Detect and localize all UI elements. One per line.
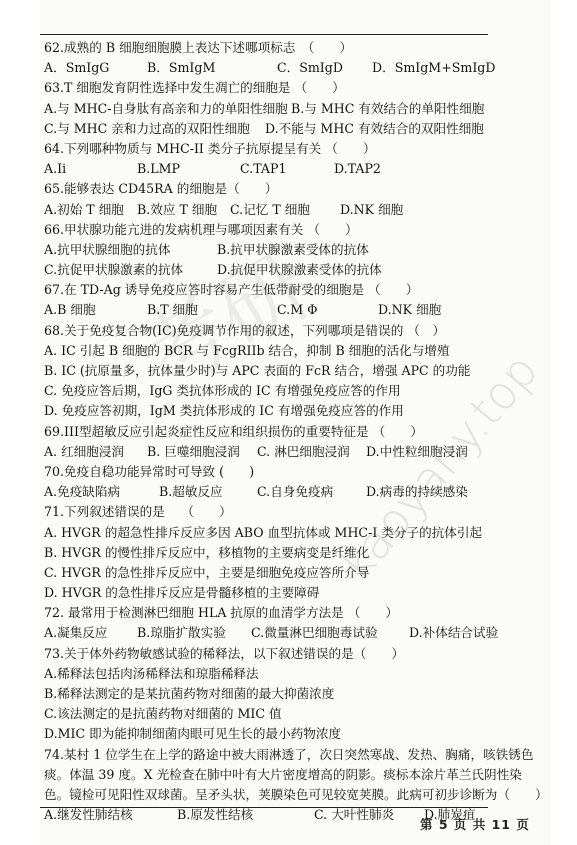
- question-74-stem-line-2: 痰。体温 39 度。X 光检查在肺中叶有大片密度增高的阴影。痰标本涂片革兰氏阴性…: [44, 765, 504, 785]
- option-b: B.效应 T 细胞: [137, 200, 217, 220]
- question-68-stem: 68.关于免疫复合物(IC)免疫调节作用的叙述，下列哪项是错误的 （ ）: [44, 321, 504, 341]
- option-a: A.继发性肺结核: [44, 805, 133, 825]
- option-a: A.抗甲状腺细胞的抗体: [44, 240, 170, 260]
- option-c: C. 大叶性肺炎: [314, 805, 394, 825]
- top-rule: [40, 34, 488, 35]
- option-c: C.微量淋巴细胞毒试验: [251, 623, 378, 643]
- question-66-stem: 66.甲状腺功能亢进的发病机理与哪项因素有关 （ ）: [44, 220, 504, 240]
- option-c: C.TAP1: [240, 159, 286, 179]
- option-a: A．SmIgG: [44, 58, 109, 78]
- option-d: D.NK 细胞: [378, 300, 441, 320]
- option-d: D.MIC 即为能抑制细菌肉眼可见生长的最小药物浓度: [44, 724, 504, 744]
- option-c: C.M Φ: [277, 300, 317, 320]
- question-62-stem: 62.成熟的 B 细胞细胞膜上表达下述哪项标志 （ ）: [44, 38, 504, 58]
- option-a: A. 红细胞浸润: [44, 442, 124, 462]
- page-number: 第 5 页 共 11 页: [420, 815, 530, 833]
- question-69-stem: 69.III型超敏反应引起炎症性反应和组织损伤的重要特征是 （ ）: [44, 422, 504, 442]
- option-c: C. 淋巴细胞浸润: [257, 442, 350, 462]
- option-d: D．SmIgM+SmIgD: [372, 58, 495, 78]
- question-63-options-cd: C.与 MHC 亲和力过高的双阳性细胞 D.不能与 MHC 有效结合的双阳性细胞: [44, 119, 504, 139]
- option-a: A.稀释法包括肉汤稀释法和琼脂稀释法: [44, 664, 504, 684]
- option-c: C.记忆 T 细胞: [230, 200, 310, 220]
- option-d: D.中性粒细胞浸润: [366, 442, 468, 462]
- question-74-stem-line-3: 色。镜检可见阳性双球菌。呈矛头状，荚膜染色可见较宽荚膜。此病可初步诊断为（ ）: [44, 785, 504, 805]
- option-c: C. 免疫应答后期，IgG 类抗体形成的 IC 有增强免疫应答的作用: [44, 381, 504, 401]
- option-b: B. IC (抗原量多，抗体量少时)与 APC 表面的 FcR 结合，增强 AP…: [44, 361, 504, 381]
- question-66-options-cd: C.抗促甲状腺激素的抗体 D.抗促甲状腺激素受体的抗体: [44, 260, 504, 280]
- option-c: C.抗促甲状腺激素的抗体: [44, 260, 183, 280]
- option-a: A.免疫缺陷病: [44, 482, 120, 502]
- question-67-options: A.B 细胞 B.T 细胞 C.M Φ D.NK 细胞: [44, 300, 504, 320]
- option-d: D. HVGR 的急性排斥反应是骨髓移植的主要障碍: [44, 583, 504, 603]
- option-c: C.该法测定的是抗菌药物对细菌的 MIC 值: [44, 704, 504, 724]
- option-d: D.补体结合试验: [409, 623, 498, 643]
- option-b: B. HVGR 的慢性排斥反应中，移植物的主要病变是纤维化: [44, 543, 504, 563]
- question-62-options: A．SmIgG B．SmIgM C．SmIgD D．SmIgM+SmIgD: [44, 58, 504, 78]
- question-73-stem: 73.关于体外药物敏感试验的稀释法，以下叙述错误的是（ ）: [44, 644, 504, 664]
- question-69-options: A. 红细胞浸润 B. 巨噬细胞浸润 C. 淋巴细胞浸润 D.中性粒细胞浸润: [44, 442, 504, 462]
- option-b: B.抗甲状腺激素受体的抗体: [217, 240, 369, 260]
- option-a: A.凝集反应: [44, 623, 107, 643]
- option-b: B.LMP: [137, 159, 180, 179]
- question-70-options: A.免疫缺陷病 B.超敏反应 C.自身免疫病 D.病毒的持续感染: [44, 482, 504, 502]
- option-d: D.不能与 MHC 有效结合的双阳性细胞: [265, 119, 484, 139]
- option-b: B.稀释法测定的是某抗菌药物对细菌的最大抑菌浓度: [44, 684, 504, 704]
- option-a: A. IC 引起 B 细胞的 BCR 与 FcgRIIb 结合，抑制 B 细胞的…: [44, 341, 504, 361]
- question-67-stem: 67.在 TD-Ag 诱导免疫应答时容易产生低带耐受的细胞是 （ ）: [44, 280, 504, 300]
- option-b: B.T 细胞: [147, 300, 198, 320]
- question-70-stem: 70.免疫自稳功能异常时可导致 ( ): [44, 462, 504, 482]
- option-b: B.原发性结核: [177, 805, 253, 825]
- option-c: C．SmIgD: [277, 58, 343, 78]
- option-b: B.超敏反应: [159, 482, 223, 502]
- option-b: B. 巨噬细胞浸润: [147, 442, 240, 462]
- question-list: 62.成熟的 B 细胞细胞膜上表达下述哪项标志 （ ） A．SmIgG B．Sm…: [44, 38, 504, 825]
- question-71-stem: 71.下列叙述错误的是 （ ）: [44, 502, 504, 522]
- option-d: D.抗促甲状腺激素受体的抗体: [217, 260, 382, 280]
- option-d: D.TAP2: [334, 159, 381, 179]
- option-a: A.B 细胞: [44, 300, 96, 320]
- option-d: D.病毒的持续感染: [366, 482, 468, 502]
- option-c: C.自身免疫病: [257, 482, 333, 502]
- option-d: D. 免疫应答初期，IgM 类抗体形成的 IC 有增强免疫应答的作用: [44, 401, 504, 421]
- question-65-options: A.初始 T 细胞 B.效应 T 细胞 C.记忆 T 细胞 D.NK 细胞: [44, 200, 504, 220]
- question-64-stem: 64.下列哪种物质与 MHC-II 类分子抗原提呈有关 （ ）: [44, 139, 504, 159]
- question-72-options: A.凝集反应 B.琼脂扩散实验 C.微量淋巴细胞毒试验 D.补体结合试验: [44, 623, 504, 643]
- option-b: B.与 MHC 有效结合的单阳性细胞: [291, 99, 484, 119]
- option-d: D.NK 细胞: [340, 200, 403, 220]
- question-72-stem: 72. 最常用于检测淋巴细胞 HLA 抗原的血清学方法是 （ ）: [44, 603, 504, 623]
- option-a: A.与 MHC-自身肽有高亲和力的单阳性细胞: [44, 99, 288, 119]
- option-b: B.琼脂扩散实验: [137, 623, 226, 643]
- question-64-options: A.Ii B.LMP C.TAP1 D.TAP2: [44, 159, 504, 179]
- question-66-options-ab: A.抗甲状腺细胞的抗体 B.抗甲状腺激素受体的抗体: [44, 240, 504, 260]
- option-a: A.Ii: [44, 159, 66, 179]
- option-a: A.初始 T 细胞: [44, 200, 124, 220]
- option-c: C.与 MHC 亲和力过高的双阳性细胞: [44, 119, 250, 139]
- question-63-stem: 63.T 细胞发育阴性选择中发生凋亡的细胞是 （ ）: [44, 78, 504, 98]
- question-74-stem-line-1: 74.某村 1 位学生在上学的路途中被大雨淋透了，次日突然寒战、发热、胸痛，咳铁…: [44, 745, 504, 765]
- option-c: C. HVGR 的急性排斥反应中，主要是细胞免疫应答所介导: [44, 563, 504, 583]
- question-65-stem: 65.能够表达 CD45RA 的细胞是（ ）: [44, 179, 504, 199]
- bottom-rule: [40, 807, 488, 808]
- option-a: A. HVGR 的超急性排斥反应多因 ABO 血型抗体或 MHC-I 类分子的抗…: [44, 523, 504, 543]
- question-63-options-ab: A.与 MHC-自身肽有高亲和力的单阳性细胞 B.与 MHC 有效结合的单阳性细…: [44, 99, 504, 119]
- option-b: B．SmIgM: [147, 58, 215, 78]
